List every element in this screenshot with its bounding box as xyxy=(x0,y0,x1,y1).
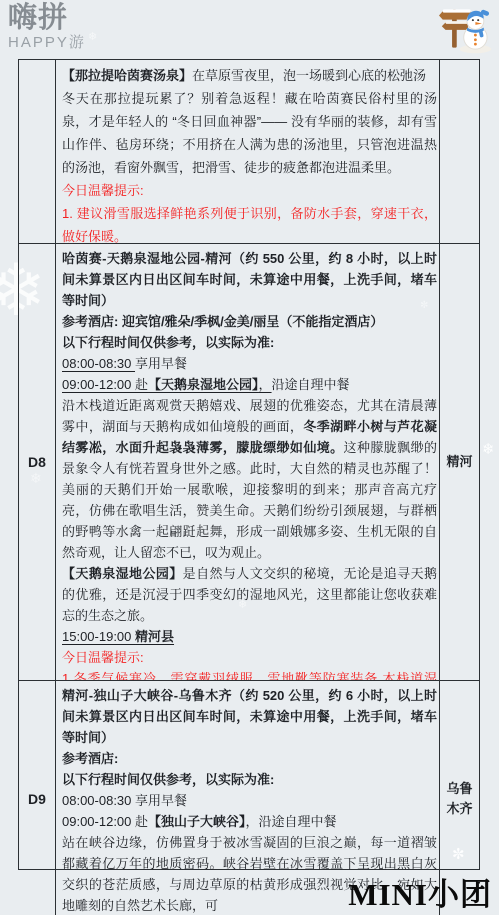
text-segment: 精河县 xyxy=(135,629,174,644)
day-cell: D8 xyxy=(19,244,56,680)
text-segment: 精河-独山子大峡谷-乌鲁木齐（约 520 公里，约 6 小时，以上时间未算景区内… xyxy=(62,688,437,745)
itinerary-paragraph: 15:00-19:00 精河县 xyxy=(62,626,437,647)
text-segment: 【天鹅泉湿地公园】 xyxy=(62,566,183,581)
text-segment: 这种朦胧飘缈的景象令人有恍若置身世外之感。此时，大自然的精灵也苏醒了！美丽的天鹅… xyxy=(62,440,437,560)
text-segment: 【天鹅泉湿地公园】 xyxy=(148,377,259,392)
text-segment: 08:00-08:30 享用早餐 xyxy=(62,793,187,808)
text-segment: 15:00-19:00 xyxy=(62,629,135,644)
text-segment: ，沿途自理中餐 xyxy=(246,814,337,829)
text-segment: 1. 建议滑雪服选择鲜艳系列便于识别，备防水手套，穿速干衣，做好保暖。 xyxy=(62,206,437,243)
location-cell: 精河 xyxy=(439,244,479,680)
itinerary-paragraph: 冬天在那拉提玩累了？别着急返程！藏在哈茵赛民俗村里的汤泉，才是年轻人的 “冬日回… xyxy=(62,87,437,179)
itinerary-paragraph: 08:00-08:30 享用早餐 xyxy=(62,790,437,811)
text-segment: 【独山子大峡谷】 xyxy=(148,814,246,829)
itinerary-paragraph: 今日温馨提示: xyxy=(62,179,437,202)
itinerary-paragraph: 参考酒店: 迎宾馆/雅朵/季枫/金美/丽呈（不能指定酒店） xyxy=(62,311,437,332)
text-segment: 今日温馨提示: xyxy=(62,183,144,198)
text-segment: 沿途自理中餐 xyxy=(272,377,350,392)
text-segment: 以下行程时间仅供参考，以实际为准: xyxy=(62,335,274,350)
brand-logo: 嗨拼 HAPPY游 xyxy=(8,4,86,50)
itinerary-paragraph: 1. 建议滑雪服选择鲜艳系列便于识别，备防水手套，穿速干衣，做好保暖。 xyxy=(62,202,437,243)
text-segment: 08:00-08:30 xyxy=(62,356,135,371)
itinerary-paragraph: 08:00-08:30 享用早餐 xyxy=(62,353,437,374)
itinerary-paragraph: 哈茵赛-天鹅泉湿地公园-精河（约 550 公里，约 8 小时，以上时间未算景区内… xyxy=(62,248,437,311)
itinerary-table: 【那拉提哈茵赛汤泉】在草原雪夜里，泡一场暖到心底的松弛汤冬天在那拉提玩累了？别着… xyxy=(18,59,480,870)
brand-logo-title: 嗨拼 xyxy=(8,4,86,33)
text-segment: 参考酒店: 迎宾馆/雅朵/季枫/金美/丽呈（不能指定酒店） xyxy=(62,314,383,329)
itinerary-paragraph: 精河-独山子大峡谷-乌鲁木齐（约 520 公里，约 6 小时，以上时间未算景区内… xyxy=(62,685,437,748)
page-header: 嗨拼 HAPPY游 xyxy=(0,0,499,58)
itinerary-paragraph: 以下行程时间仅供参考，以实际为准: xyxy=(62,769,437,790)
itinerary-paragraph: 以下行程时间仅供参考，以实际为准: xyxy=(62,332,437,353)
snowman-signpost-icon xyxy=(439,3,495,55)
itinerary-paragraph: 【天鹅泉湿地公园】是自然与人文交织的秘境，无论是追寻天鹅的优雅，还是沉浸于四季变… xyxy=(62,563,437,626)
itinerary-paragraph: 1.冬季气候寒冷，需穿戴羽绒服、雪地靴等防寒装备.木栈道湿滑，需穿防滑鞋; xyxy=(62,668,437,680)
text-segment: 09:00-12:00 赴 xyxy=(62,814,148,829)
itinerary-paragraph: 【那拉提哈茵赛汤泉】在草原雪夜里，泡一场暖到心底的松弛汤 xyxy=(62,64,437,87)
text-segment: ， xyxy=(259,377,272,392)
text-segment: 今日温馨提示: xyxy=(62,650,144,665)
content-cell: 【那拉提哈茵赛汤泉】在草原雪夜里，泡一场暖到心底的松弛汤冬天在那拉提玩累了？别着… xyxy=(56,60,439,243)
itinerary-paragraph: 今日温馨提示: xyxy=(62,647,437,668)
brand-logo-subtitle: HAPPY游 xyxy=(8,35,86,50)
text-segment: 享用早餐 xyxy=(135,356,187,371)
itinerary-paragraph: 沿木栈道近距离观赏天鹅嬉戏、展翅的优雅姿态，尤其在清晨薄雾中，湖面与天鹅构成如仙… xyxy=(62,395,437,563)
itinerary-paragraph: 09:00-12:00 赴【独山子大峡谷】，沿途自理中餐 xyxy=(62,811,437,832)
day-cell xyxy=(19,60,56,243)
itinerary-row: 【那拉提哈茵赛汤泉】在草原雪夜里，泡一场暖到心底的松弛汤冬天在那拉提玩累了？别着… xyxy=(19,60,479,244)
content-cell: 哈茵赛-天鹅泉湿地公园-精河（约 550 公里，约 8 小时，以上时间未算景区内… xyxy=(56,244,439,680)
itinerary-paragraph: 参考酒店: xyxy=(62,748,437,769)
itinerary-paragraph: 09:00-12:00 赴【天鹅泉湿地公园】，沿途自理中餐 xyxy=(62,374,437,395)
location-cell xyxy=(439,60,479,243)
text-segment: 【那拉提哈茵赛汤泉】 xyxy=(62,68,192,83)
day-cell: D9 xyxy=(19,681,56,915)
snowflake-icon xyxy=(482,440,495,458)
text-segment: 09:00-12:00 赴 xyxy=(62,377,148,392)
text-segment: 以下行程时间仅供参考，以实际为准: xyxy=(62,772,274,787)
text-segment: 哈茵赛-天鹅泉湿地公园-精河（约 550 公里，约 8 小时，以上时间未算景区内… xyxy=(62,251,437,308)
text-segment: 参考酒店: xyxy=(62,751,118,766)
text-segment: 冬天在那拉提玩累了？别着急返程！藏在哈茵赛民俗村里的汤泉，才是年轻人的 “冬日回… xyxy=(62,91,437,175)
itinerary-row: D8哈茵赛-天鹅泉湿地公园-精河（约 550 公里，约 8 小时，以上时间未算景… xyxy=(19,244,479,681)
text-segment: 在草原雪夜里，泡一场暖到心底的松弛汤 xyxy=(192,68,426,83)
footer-brand: MINI小团 xyxy=(348,869,492,914)
text-segment: 1.冬季气候寒冷，需穿戴羽绒服、雪地靴等防寒装备.木栈道湿滑，需穿防滑鞋; xyxy=(62,671,437,680)
